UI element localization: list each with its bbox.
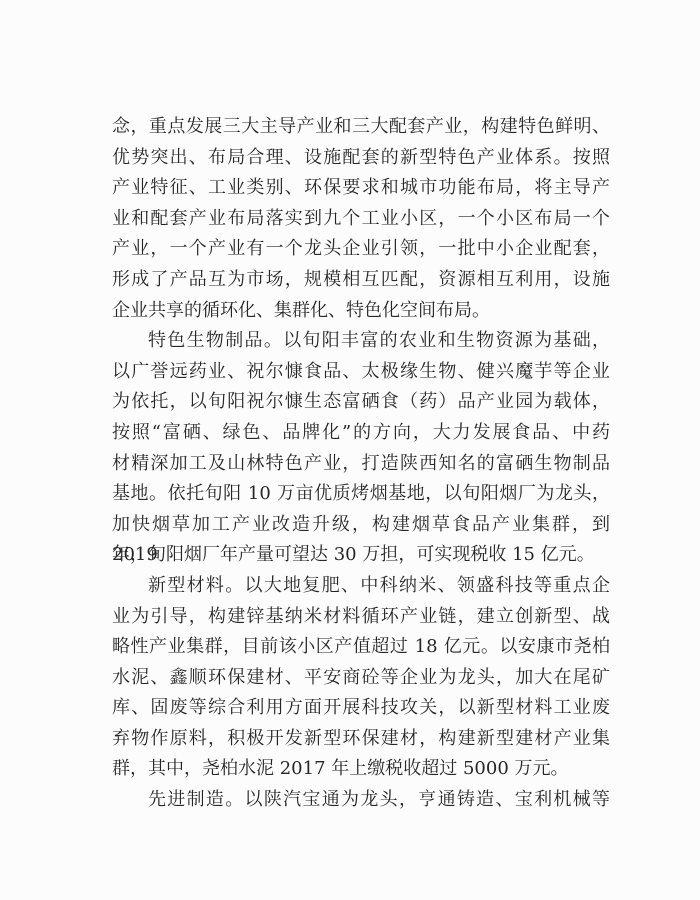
text-line: 材精深加工及山林特色产业，打造陕西知名的富硒生物制品: [112, 449, 610, 480]
text-line: 业和配套产业布局落实到九个工业小区，一个小区布局一个: [112, 204, 610, 235]
scanned-document-page: 念，重点发展三大主导产业和三大配套产业，构建特色鲜明、 优势突出、布局合理、设施…: [0, 0, 700, 900]
text-line: 弃物作原料，积极开发新型环保建材，构建新型建材产业集: [112, 724, 610, 755]
text-line: 基地。依托旬阳 10 万亩优质烤烟基地，以旬阳烟厂为龙头，: [112, 479, 610, 510]
text-line paragraph-end: 年，旬阳烟厂年产量可望达 30 万担，可实现税收 15 亿元。: [112, 540, 610, 571]
text-line: 念，重点发展三大主导产业和三大配套产业，构建特色鲜明、: [112, 112, 610, 143]
text-line paragraph-start: 特色生物制品。以旬阳丰富的农业和生物资源为基础，: [112, 326, 610, 357]
text-line: 产业，一个产业有一个龙头企业引领，一批中小企业配套，: [112, 234, 610, 265]
text-line: 形成了产品互为市场，规模相互匹配，资源相互利用，设施: [112, 265, 610, 296]
text-line paragraph-end: 群，其中，尧柏水泥 2017 年上缴税收超过 5000 万元。: [112, 754, 610, 785]
text-line paragraph-start: 新型材料。以大地复肥、中科纳米、领盛科技等重点企: [112, 571, 610, 602]
text-line: 产业特征、工业类别、环保要求和城市功能布局，将主导产: [112, 173, 610, 204]
text-line paragraph-start: 先进制造。以陕汽宝通为龙头，亨通铸造、宝利机械等: [112, 785, 610, 816]
text-line: 按照“富硒、绿色、品牌化”的方向，大力发展食品、中药: [112, 418, 610, 449]
text-line: 水泥、鑫顺环保建材、平安商砼等企业为龙头，加大在尾矿: [112, 663, 610, 694]
document-body-text: 念，重点发展三大主导产业和三大配套产业，构建特色鲜明、 优势突出、布局合理、设施…: [112, 112, 610, 816]
text-line: 加快烟草加工产业改造升级，构建烟草食品产业集群，到 2019: [112, 510, 610, 541]
text-line paragraph-end: 企业共享的循环化、集群化、特色化空间布局。: [112, 296, 610, 327]
text-line: 库、固废等综合利用方面开展科技攻关，以新型材料工业废: [112, 693, 610, 724]
text-line: 优势突出、布局合理、设施配套的新型特色产业体系。按照: [112, 143, 610, 174]
text-line: 以广誉远药业、祝尔慷食品、太极缘生物、健兴魔芋等企业: [112, 357, 610, 388]
text-line: 业为引导，构建锌基纳米材料循环产业链，建立创新型、战: [112, 602, 610, 633]
text-line: 为依托，以旬阳祝尔慷生态富硒食（药）品产业园为载体，: [112, 387, 610, 418]
text-line: 略性产业集群，目前该小区产值超过 18 亿元。以安康市尧柏: [112, 632, 610, 663]
